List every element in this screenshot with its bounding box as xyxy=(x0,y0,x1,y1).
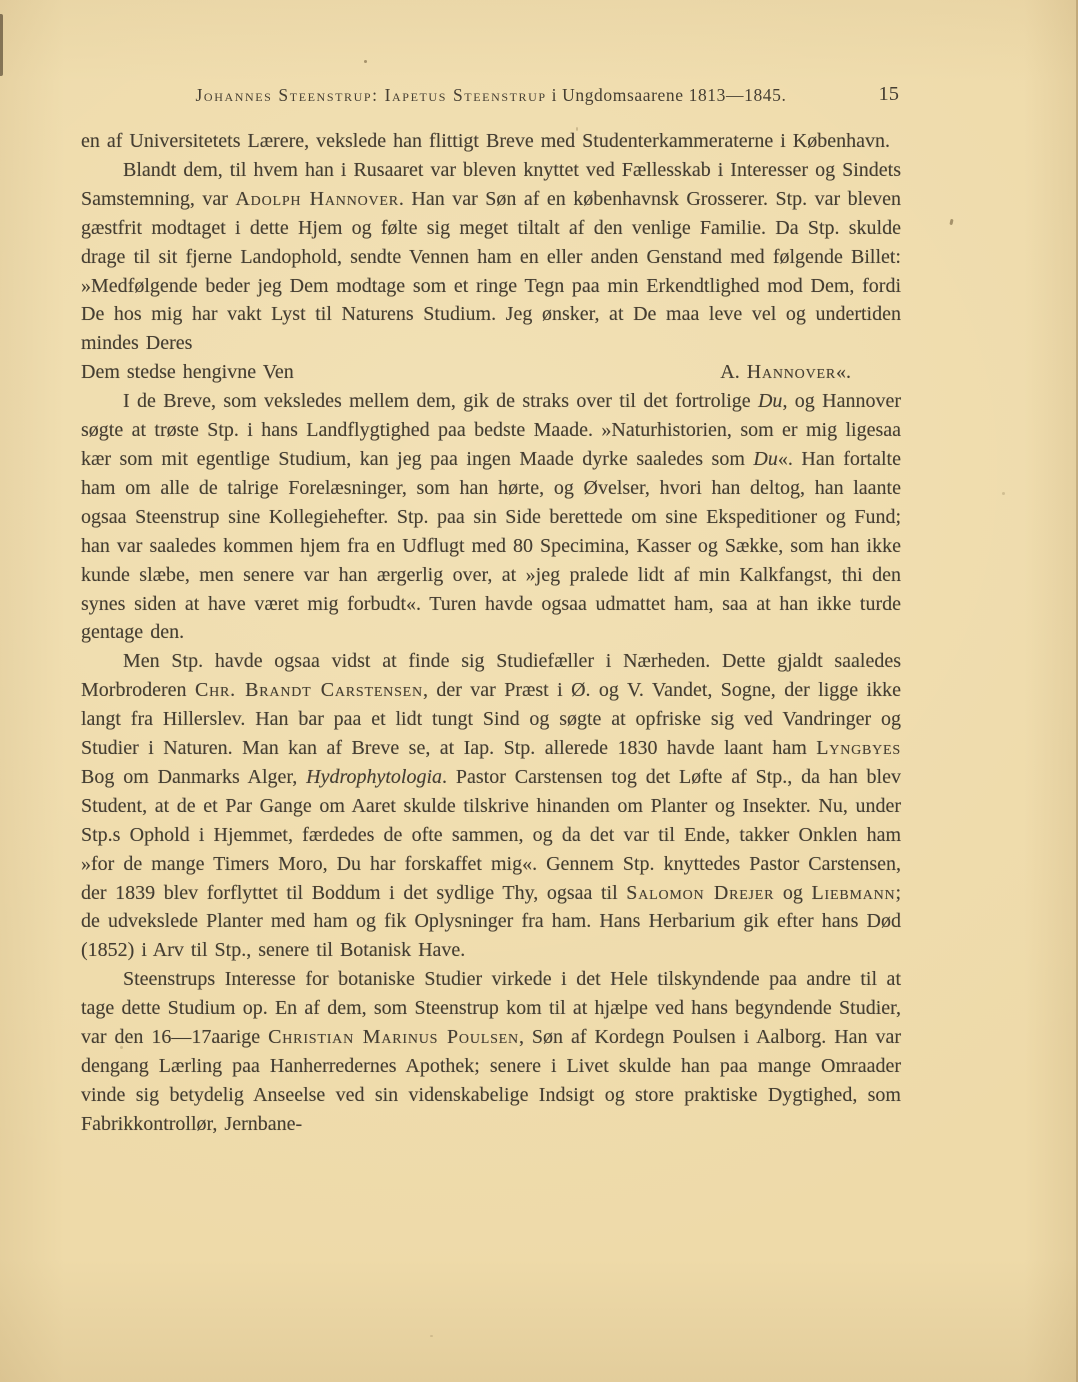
text-run: I de Breve, som veksledes mellem dem, gi… xyxy=(123,390,758,412)
paragraph: Blandt dem, til hvem han i Rusaaret var … xyxy=(81,156,901,358)
proper-name: Iapetus Steenstrup xyxy=(385,85,547,105)
italic-term: Du xyxy=(758,390,782,412)
proper-name: Salomon Drejer xyxy=(626,882,774,904)
proper-name: Hannover xyxy=(747,361,836,383)
scan-edge-artifact xyxy=(0,14,3,76)
running-header: Johannes Steenstrup: Iapetus Steenstrup … xyxy=(81,85,901,111)
paper-speckle xyxy=(430,1335,433,1337)
paper-speckle xyxy=(364,60,367,63)
paper-speckle xyxy=(1002,492,1005,495)
text-run: «. xyxy=(836,361,851,383)
running-title: Johannes Steenstrup: Iapetus Steenstrup … xyxy=(81,85,901,106)
page-body: en af Universitetets Lærere, vekslede ha… xyxy=(81,127,901,1139)
text-run: . Han var Søn af en københavnsk Grossere… xyxy=(81,188,901,355)
text-run: Dem stedse hengivne Ven xyxy=(81,361,294,383)
signature-name: A. Hannover«. xyxy=(720,358,851,387)
book-page: Johannes Steenstrup: Iapetus Steenstrup … xyxy=(0,0,1078,1382)
letter-signature-row: Dem stedse hengivne VenA. Hannover«. xyxy=(81,358,901,387)
paragraph: Steenstrups Interesse for botaniske Stud… xyxy=(81,965,901,1138)
italic-term: Du xyxy=(753,448,777,470)
signature-closing: Dem stedse hengivne Ven xyxy=(81,358,294,387)
text-run: A. xyxy=(720,361,746,383)
text-run: i Ungdomsaarene 1813—1845. xyxy=(547,85,787,105)
paragraph: Men Stp. havde ogsaa vidst at finde sig … xyxy=(81,647,901,965)
text-run: Bog om Danmarks Alger, xyxy=(81,766,306,788)
proper-name: Johannes Steenstrup: xyxy=(196,85,385,105)
proper-name: Chr. Brandt Carstensen xyxy=(195,679,423,701)
paragraph: I de Breve, som veksledes mellem dem, gi… xyxy=(81,387,901,647)
proper-name: Lyngbyes xyxy=(816,737,901,759)
text-run: en af Universitetets Lærere, vekslede ha… xyxy=(81,130,890,152)
page-number: 15 xyxy=(879,83,900,106)
text-run: og xyxy=(774,882,811,904)
proper-name: Christian Marinus Poulsen xyxy=(268,1026,519,1048)
italic-term: Hydrophytologia xyxy=(306,766,442,788)
text-run: «. Han fortalte ham om alle de talrige F… xyxy=(81,448,901,643)
paper-speckle xyxy=(949,219,953,225)
proper-name: Adolph Hannover xyxy=(235,188,399,210)
paragraph: en af Universitetets Lærere, vekslede ha… xyxy=(81,127,901,156)
proper-name: Liebmann xyxy=(811,882,895,904)
